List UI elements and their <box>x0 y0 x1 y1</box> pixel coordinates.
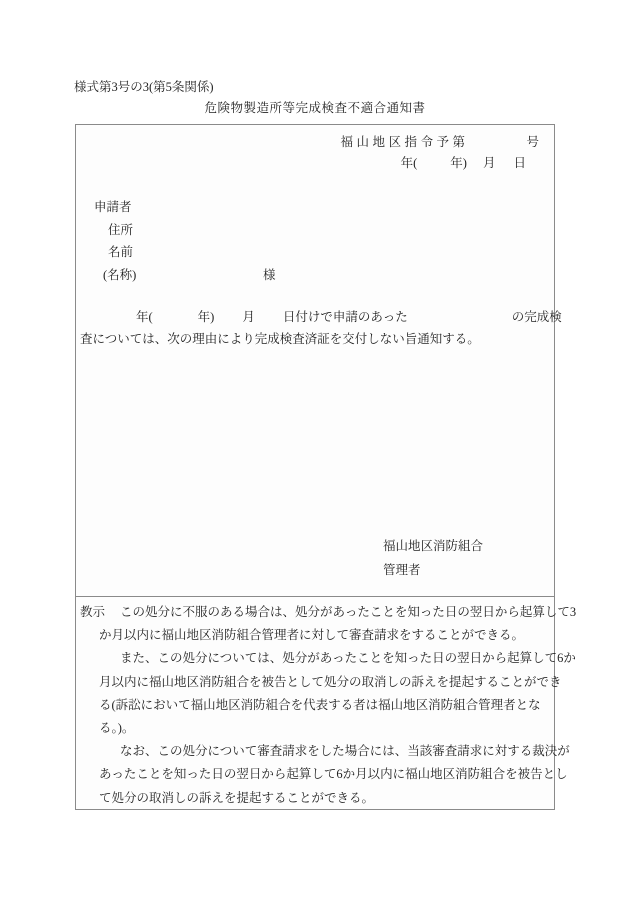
issue-date-year-open: 年( <box>401 156 418 170</box>
instruction-line: か月以内に福山地区消防組合管理者に対して審査請求をすることができる。 <box>76 624 554 647</box>
reference-number-line: 福山地区指令予第号 <box>76 134 554 150</box>
instruction-line: 月以内に福山地区消防組合を被告として処分の取消しの訴えを提起することができ <box>76 671 554 694</box>
instruction-line: る(訴訟において福山地区消防組合を代表する者は福山地区消防組合管理者とな <box>76 694 554 717</box>
instruction-label: 教示 <box>80 605 105 619</box>
reference-number-unit: 号 <box>526 135 539 149</box>
document-page: 様式第3号の3(第5条関係) 危険物製造所等完成検査不適合通知書 福山地区指令予… <box>0 0 630 903</box>
form-code: 様式第3号の3(第5条関係) <box>74 79 214 95</box>
issuer-title: 管理者 <box>383 562 421 578</box>
instruction-lines: 教示この処分に不服のある場合は、処分があったことを知った日の翌日から起算して3 … <box>76 597 554 810</box>
body-year-open: 年( <box>136 310 153 324</box>
issuer-organization: 福山地区消防組合 <box>383 538 483 554</box>
body-year-close: 年) <box>198 310 215 324</box>
reference-label: 福山地区指令予第 <box>340 135 468 149</box>
body-month: 月 <box>242 310 255 324</box>
applicant-address-label: 住所 <box>108 222 133 238</box>
notice-box: 福山地区指令予第号 年(年)月日 申請者 住所 名前 (名称) 様 年(年)月日… <box>75 124 555 597</box>
issue-date-line: 年(年)月日 <box>76 155 554 171</box>
instruction-line-text: この処分に不服のある場合は、処分があったことを知った日の翌日から起算して3 <box>120 605 576 619</box>
instruction-line: あったことを知った日の翌日から起算して6か月以内に福山地区消防組合を被告とし <box>76 763 554 786</box>
applicant-honorific: 様 <box>263 267 276 283</box>
page-title: 危険物製造所等完成検査不適合通知書 <box>75 100 555 116</box>
body-line1-tail: の完成検 <box>512 310 562 324</box>
notice-body-line-2: 査については、次の理由により完成検査済証を交付しない旨通知する。 <box>80 331 480 347</box>
issue-date-year-close: 年) <box>450 156 467 170</box>
body-day-phrase: 日付けで申請のあった <box>283 310 408 324</box>
instruction-line: また、この処分については、処分があったことを知った日の翌日から起算して6か <box>76 647 554 670</box>
applicant-label: 申請者 <box>94 199 132 215</box>
instruction-line: なお、この処分について審査請求をした場合には、当該審査請求に対する裁決が <box>76 740 554 763</box>
issue-date-day: 日 <box>513 156 526 170</box>
applicant-name-label: 名前 <box>108 244 133 260</box>
instruction-line: る。)。 <box>76 717 554 740</box>
instruction-box: 教示この処分に不服のある場合は、処分があったことを知った日の翌日から起算して3 … <box>75 596 555 810</box>
notice-body-line-1: 年(年)月日付けで申請のあったの完成検 <box>77 309 555 325</box>
applicant-alt-name-label: (名称) <box>103 267 136 283</box>
issue-date-month: 月 <box>483 156 496 170</box>
instruction-line: 教示この処分に不服のある場合は、処分があったことを知った日の翌日から起算して3 <box>76 601 554 624</box>
instruction-line: て処分の取消しの訴えを提起することができる。 <box>76 787 554 810</box>
